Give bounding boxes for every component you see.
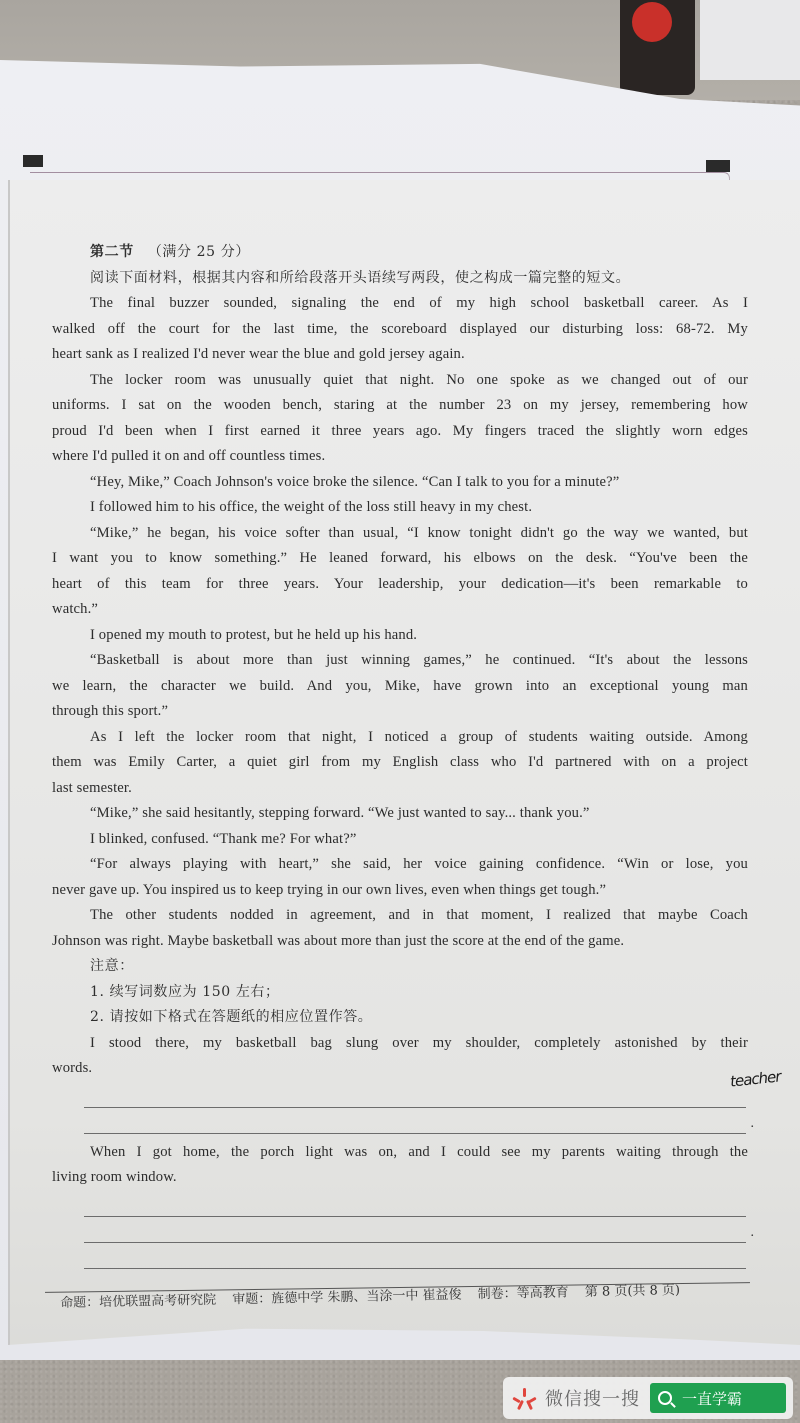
passage-line: I blinked, confused. “Thank me? For what…	[52, 827, 748, 853]
wechat-search-label: 微信搜一搜	[545, 1385, 640, 1411]
answer-line[interactable]	[84, 1108, 746, 1134]
search-query-text: 一直学霸	[682, 1388, 742, 1409]
passage-line: through this sport.”	[52, 699, 748, 725]
section-title: 第二节	[90, 244, 134, 260]
passage-line: last semester.	[52, 776, 748, 802]
passage-line: watch.”	[52, 597, 748, 623]
passage-line: The other students nodded in agreement, …	[52, 903, 748, 929]
passage-paragraph: “For always playing with heart,” she sai…	[52, 852, 748, 903]
section-score: （满分 25 分）	[148, 244, 250, 260]
reading-passage: The final buzzer sounded, signaling the …	[52, 291, 748, 954]
passage-line: The locker room was unusually quiet that…	[52, 368, 748, 394]
search-icon	[658, 1391, 672, 1405]
prompt-line: words.	[52, 1056, 748, 1082]
passage-line: I opened my mouth to protest, but he hel…	[52, 623, 748, 649]
passage-line: them was Emily Carter, a quiet girl from…	[52, 750, 748, 776]
passage-line: “Hey, Mike,” Coach Johnson's voice broke…	[52, 470, 748, 496]
registration-mark-right	[706, 160, 730, 172]
passage-line: “Basketball is about more than just winn…	[52, 648, 748, 674]
passage-paragraph: “Mike,” he began, his voice softer than …	[52, 521, 748, 623]
prompt-line: living room window.	[52, 1165, 748, 1191]
background-object	[620, 0, 695, 95]
registration-mark-left	[23, 155, 43, 167]
passage-line: proud I'd been when I first earned it th…	[52, 419, 748, 445]
passage-line: As I left the locker room that night, I …	[52, 725, 748, 751]
answer-line[interactable]	[84, 1217, 746, 1243]
passage-line: I want you to know something.” He leaned…	[52, 546, 748, 572]
passage-paragraph: I blinked, confused. “Thank me? For what…	[52, 827, 748, 853]
note-item: 1. 续写词数应为 150 左右；	[52, 980, 748, 1006]
passage-line: we learn, the character we build. And yo…	[52, 674, 748, 700]
passage-paragraph: I followed him to his office, the weight…	[52, 495, 748, 521]
notes-title: 注意：	[52, 954, 748, 980]
passage-paragraph: As I left the locker room that night, I …	[52, 725, 748, 802]
passage-line: “Mike,” he began, his voice softer than …	[52, 521, 748, 547]
background-object-white	[700, 0, 800, 80]
passage-paragraph: “Mike,” she said hesitantly, stepping fo…	[52, 801, 748, 827]
answer-line[interactable]	[84, 1243, 746, 1269]
section-instruction: 阅读下面材料，根据其内容和所给段落开头语续写两段，使之构成一篇完整的短文。	[52, 266, 748, 292]
prompt-paragraph-2: When I got home, the porch light was on,…	[52, 1140, 748, 1191]
passage-paragraph: I opened my mouth to protest, but he hel…	[52, 623, 748, 649]
prompt-paragraph-1: I stood there, my basketball bag slung o…	[52, 1031, 748, 1082]
passage-line: “Mike,” she said hesitantly, stepping fo…	[52, 801, 748, 827]
passage-line: where I'd pulled it on and off countless…	[52, 444, 748, 470]
passage-line: uniforms. I sat on the wooden bench, sta…	[52, 393, 748, 419]
section-heading: 第二节（满分 25 分）	[52, 240, 748, 266]
wechat-search-overlay[interactable]: 微信搜一搜 一直学霸	[503, 1377, 793, 1419]
search-query-button[interactable]: 一直学霸	[650, 1383, 786, 1413]
passage-line: I followed him to his office, the weight…	[52, 495, 748, 521]
wechat-search-icon	[513, 1386, 537, 1410]
footer-producer: 制卷：等高教育	[478, 1285, 569, 1302]
answer-line[interactable]	[84, 1082, 746, 1108]
passage-paragraph: The final buzzer sounded, signaling the …	[52, 291, 748, 368]
passage-line: heart sank as I realized I'd never wear …	[52, 342, 748, 368]
content-area: 第二节（满分 25 分） 阅读下面材料，根据其内容和所给段落开头语续写两段，使之…	[52, 240, 748, 1269]
prompt-line: When I got home, the porch light was on,…	[52, 1140, 748, 1166]
passage-line: “For always playing with heart,” she sai…	[52, 852, 748, 878]
passage-line: Johnson was right. Maybe basketball was …	[52, 929, 748, 955]
passage-paragraph: “Basketball is about more than just winn…	[52, 648, 748, 725]
passage-line: walked off the court for the last time, …	[52, 317, 748, 343]
passage-line: The final buzzer sounded, signaling the …	[52, 291, 748, 317]
note-item: 2. 请按如下格式在答题纸的相应位置作答。	[52, 1005, 748, 1031]
passage-paragraph: The other students nodded in agreement, …	[52, 903, 748, 954]
passage-paragraph: “Hey, Mike,” Coach Johnson's voice broke…	[52, 470, 748, 496]
passage-paragraph: The locker room was unusually quiet that…	[52, 368, 748, 470]
page-number: 第 8 页(共 8 页)	[585, 1283, 681, 1300]
answer-line[interactable]	[84, 1191, 746, 1217]
passage-line: heart of this team for three years. Your…	[52, 572, 748, 598]
prompt-line: I stood there, my basketball bag slung o…	[52, 1031, 748, 1057]
passage-line: never gave up. You inspired us to keep t…	[52, 878, 748, 904]
